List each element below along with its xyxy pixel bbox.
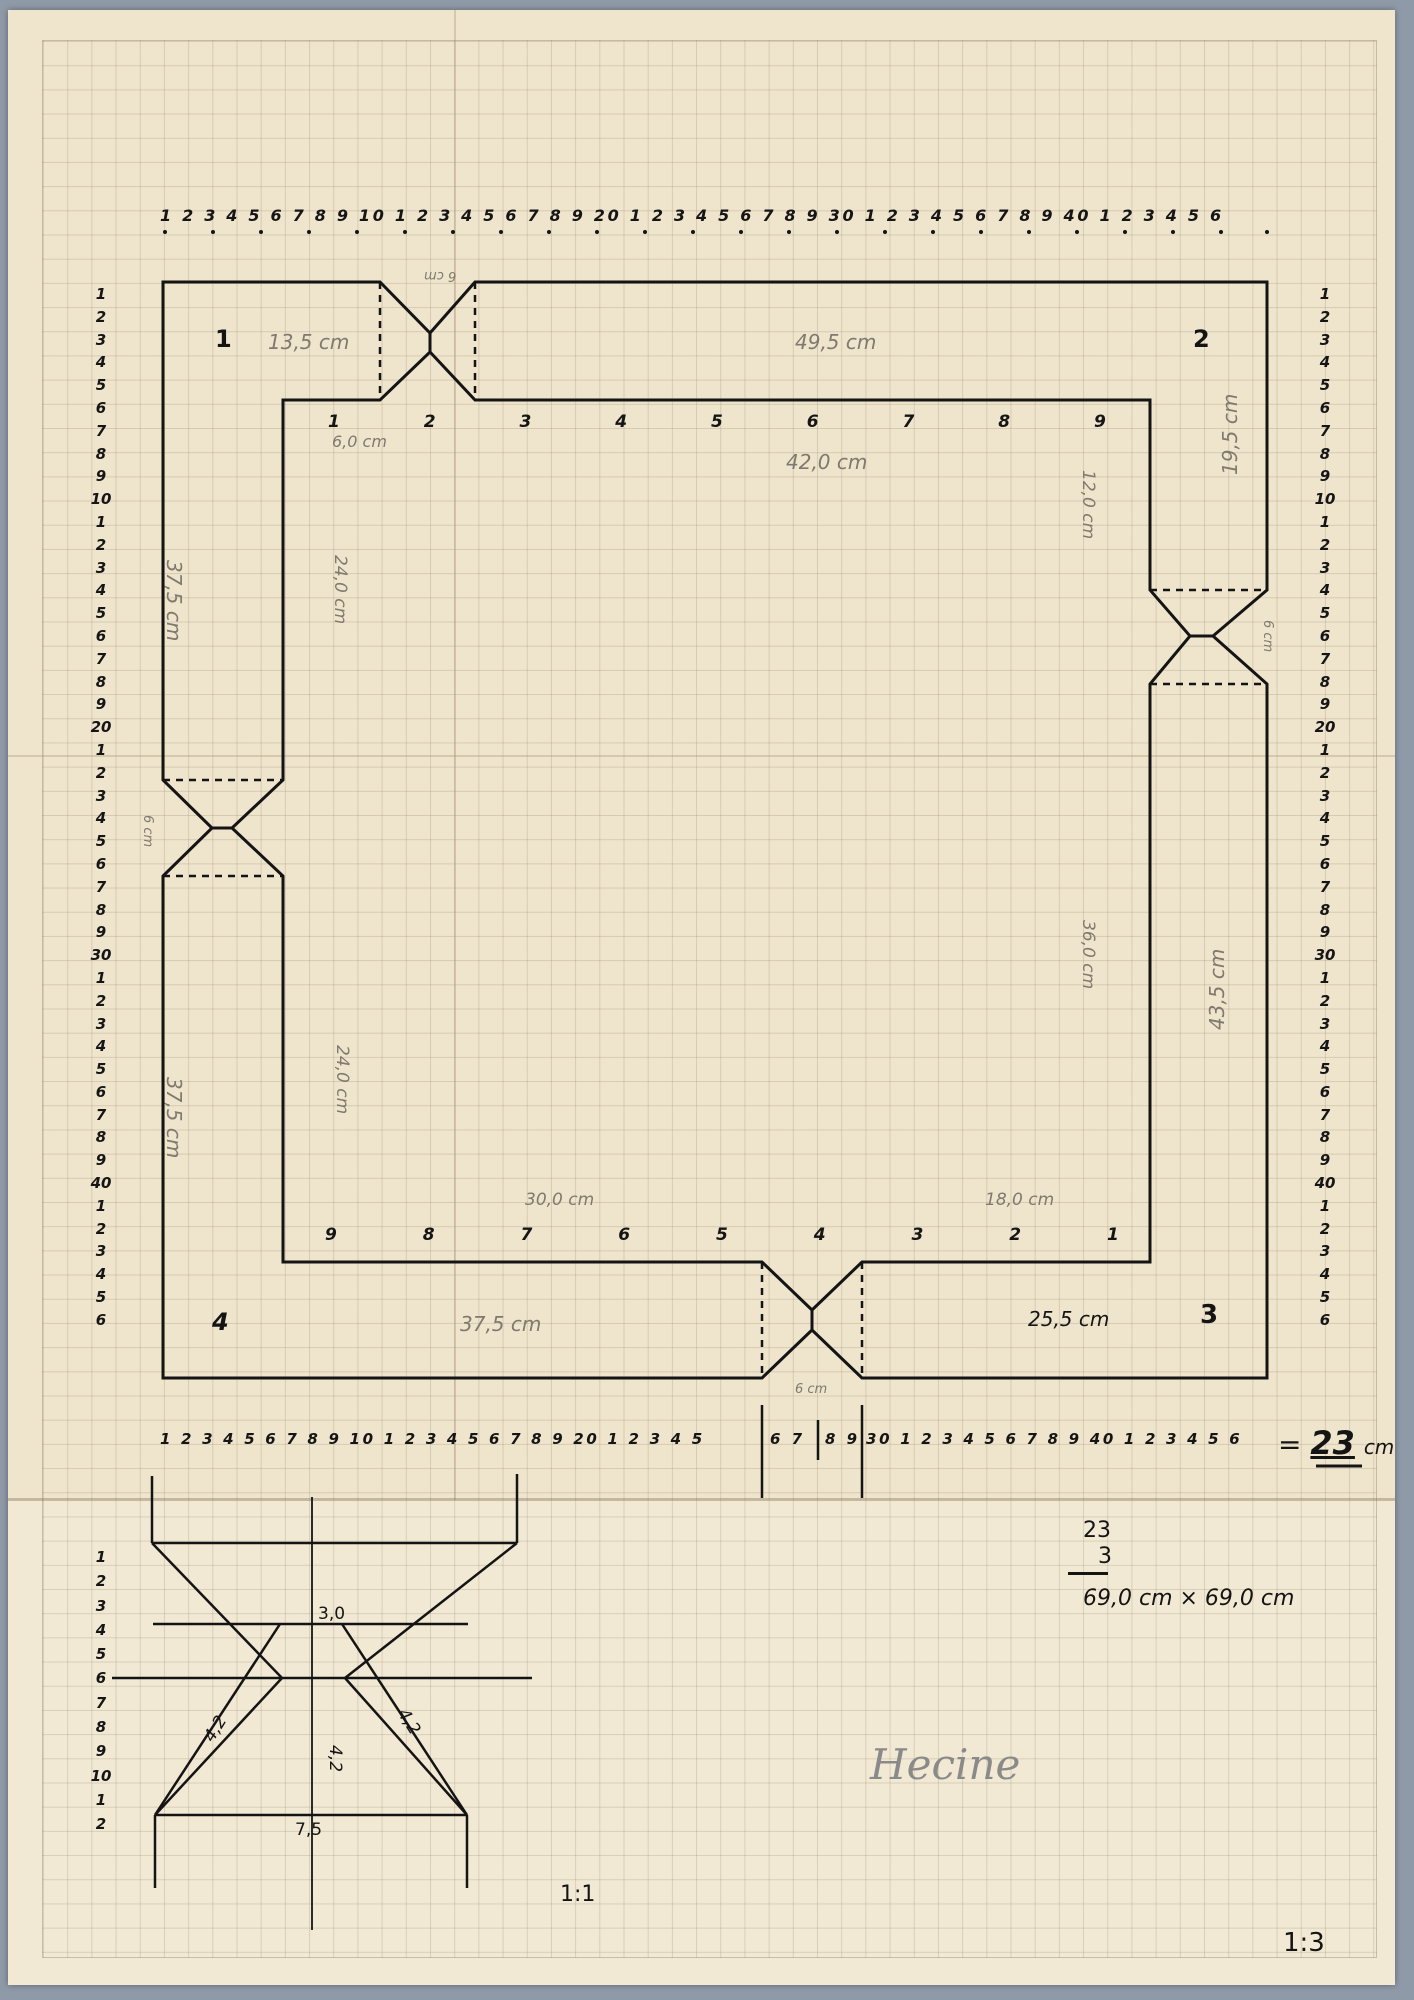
inner-right-upper: 12,0 cm — [1078, 470, 1098, 539]
piece-number-1: 1 — [215, 325, 232, 353]
ruler-tick: 9 — [86, 465, 116, 488]
piece-number-2: 2 — [1193, 325, 1210, 353]
ruler-tick: 1 — [1310, 283, 1340, 306]
ruler-tick: 1 — [86, 1195, 116, 1218]
ruler-tick: 2 — [1310, 534, 1340, 557]
ruler-tick: 8 — [86, 671, 116, 694]
ruler-tick: 5 — [86, 1642, 116, 1666]
ruler-tick: 7 — [1310, 1104, 1340, 1127]
inner-left-upper: 24,0 cm — [330, 555, 350, 624]
detail-scale: 1:1 — [560, 1882, 595, 1907]
ruler-tick: 4 — [1310, 579, 1340, 602]
ruler-tick: 4 — [1310, 351, 1340, 374]
ruler-tick: 6 — [1310, 625, 1340, 648]
piece-2-length: 49,5 cm — [795, 330, 876, 354]
ruler-tick: 8 — [86, 1126, 116, 1149]
ruler-tick: 6 — [86, 853, 116, 876]
ruler-tick: 4 — [86, 579, 116, 602]
ruler-tick: 5 — [1310, 374, 1340, 397]
ruler-tick: 5 — [1310, 1058, 1340, 1081]
ruler-tick: 5 — [86, 1058, 116, 1081]
top-ruler: 1 2 3 4 5 6 7 8 9 10 1 2 3 4 5 6 7 8 9 2… — [160, 206, 1224, 225]
ruler-tick: 8 — [1310, 671, 1340, 694]
left-ruler: 1234567891012345678920123456789301234567… — [86, 283, 116, 1332]
ruler-tick: 1 — [1310, 1195, 1340, 1218]
inner-left-lower: 24,0 cm — [332, 1045, 352, 1114]
ruler-tick: 1 — [1310, 739, 1340, 762]
ruler-tick: 5 — [1310, 602, 1340, 625]
ruler-tick: 6 — [1310, 853, 1340, 876]
ruler-tick: 3 — [1310, 557, 1340, 580]
ruler-tick: 2 — [1310, 306, 1340, 329]
bottom-ruler-right: 30 1 2 3 4 5 6 7 8 9 40 1 2 3 4 5 6 — [866, 1430, 1242, 1448]
detail-height: 4,2 — [325, 1745, 345, 1772]
ruler-tick: 3 — [86, 785, 116, 808]
ruler-tick: 1 — [86, 1545, 116, 1569]
ruler-tick: 1 — [86, 511, 116, 534]
left-lower-length: 37,5 cm — [162, 1077, 186, 1158]
ruler-tick: 2 — [1310, 990, 1340, 1013]
ruler-tick: 4 — [86, 1618, 116, 1642]
ruler-tick: 6 — [1310, 397, 1340, 420]
ruler-tick: 1 — [86, 1788, 116, 1812]
ruler-tick: 5 — [1310, 830, 1340, 853]
right-connector-label: 6 cm — [1260, 620, 1275, 652]
ruler-tick: 3 — [1310, 329, 1340, 352]
ruler-tick: 6 — [1310, 1081, 1340, 1104]
main-scale: 1:3 — [1283, 1928, 1325, 1958]
ruler-tick: 1 — [86, 967, 116, 990]
ruler-tick: 40 — [86, 1172, 116, 1195]
ruler-tick: 1 — [86, 283, 116, 306]
inner-outline — [232, 352, 1190, 1310]
ruler-tick: 10 — [1310, 488, 1340, 511]
ruler-tick: 3 — [86, 1594, 116, 1618]
ruler-tick: 6 — [86, 1666, 116, 1690]
calc-multiplier: 3 — [1098, 1544, 1112, 1569]
ruler-tick: 6 — [86, 1309, 116, 1332]
right-ruler: 1234567891012345678920123456789301234567… — [1310, 283, 1340, 1332]
ruler-tick: 6 — [1310, 1309, 1340, 1332]
ruler-tick: 7 — [86, 1104, 116, 1127]
ruler-tick: 9 — [86, 1149, 116, 1172]
left-upper-length: 37,5 cm — [162, 560, 186, 641]
ruler-tick: 4 — [86, 351, 116, 374]
ruler-tick: 5 — [86, 1286, 116, 1309]
ruler-tick: 5 — [86, 374, 116, 397]
ruler-tick: 9 — [86, 693, 116, 716]
ruler-tick: 3 — [1310, 785, 1340, 808]
ruler-tick: 7 — [86, 420, 116, 443]
ruler-tick: 40 — [1310, 1172, 1340, 1195]
bottom-ruler-mid2: 8 9 — [825, 1430, 860, 1448]
calc-multiplicand: 23 — [1083, 1518, 1111, 1543]
ruler-tick: 4 — [86, 1263, 116, 1286]
calc-result: 69,0 cm × 69,0 cm — [1083, 1586, 1294, 1611]
ruler-tick: 3 — [86, 329, 116, 352]
ruler-tick: 3 — [1310, 1013, 1340, 1036]
ruler-tick: 10 — [86, 488, 116, 511]
ruler-tick: 2 — [86, 1569, 116, 1593]
ruler-tick: 9 — [1310, 1149, 1340, 1172]
ruler-tick: 8 — [86, 443, 116, 466]
ruler-tick: 7 — [86, 648, 116, 671]
ruler-tick: 8 — [1310, 443, 1340, 466]
ruler-tick: 4 — [86, 807, 116, 830]
ruler-tick: 9 — [1310, 465, 1340, 488]
ruler-tick: 7 — [1310, 648, 1340, 671]
inner-right-lower: 36,0 cm — [1078, 920, 1098, 989]
ruler-tick: 1 — [86, 739, 116, 762]
ruler-tick: 20 — [86, 716, 116, 739]
ruler-tick: 10 — [86, 1764, 116, 1788]
ruler-tick: 2 — [86, 1218, 116, 1241]
detail-bottom-width: 7,5 — [295, 1820, 322, 1840]
piece-4-length: 37,5 cm — [460, 1312, 541, 1336]
ruler-tick: 7 — [86, 876, 116, 899]
signature: Hecine — [870, 1740, 1020, 1789]
ruler-tick: 8 — [86, 1715, 116, 1739]
right-lower-length: 43,5 cm — [1205, 949, 1229, 1030]
inner-top-left-segment: 6,0 cm — [332, 432, 387, 451]
ruler-tick: 2 — [86, 534, 116, 557]
ruler-tick: 5 — [86, 602, 116, 625]
ruler-tick: 7 — [1310, 876, 1340, 899]
ruler-tick: 7 — [1310, 420, 1340, 443]
ruler-tick: 4 — [1310, 807, 1340, 830]
piece-3-length: 25,5 cm — [1028, 1307, 1109, 1331]
bottom-ruler-left: 1 2 3 4 5 6 7 8 9 10 1 2 3 4 5 6 7 8 9 2… — [160, 1430, 705, 1448]
inner-top-total: 42,0 cm — [786, 450, 867, 474]
ruler-tick: 8 — [86, 899, 116, 922]
ruler-tick: 4 — [86, 1035, 116, 1058]
ruler-tick: 30 — [86, 944, 116, 967]
ruler-tick: 3 — [86, 1240, 116, 1263]
ruler-tick: 1 — [1310, 511, 1340, 534]
ruler-tick: 8 — [1310, 1126, 1340, 1149]
piece-number-4: 4 — [212, 1308, 229, 1336]
ruler-tick: 6 — [86, 1081, 116, 1104]
ruler-tick: 1 — [1310, 967, 1340, 990]
ruler-tick: 2 — [86, 306, 116, 329]
ruler-tick: 3 — [86, 557, 116, 580]
bottom-ruler-mid: 6 7 — [770, 1430, 805, 1448]
ruler-tick: 8 — [1310, 899, 1340, 922]
detail-side-ruler: 1234567891012 — [86, 1545, 116, 1837]
ruler-tick: 6 — [86, 397, 116, 420]
ruler-tick: 5 — [86, 830, 116, 853]
ruler-tick: 7 — [86, 1691, 116, 1715]
bottom-connector-label: 6 cm — [795, 1382, 827, 1397]
frame-pattern-drawing — [0, 0, 1414, 2000]
ruler-tick: 2 — [1310, 762, 1340, 785]
top-connector-label: 6 cm — [424, 268, 456, 283]
total-value: 23 — [1310, 1424, 1355, 1462]
right-upper-length: 19,5 cm — [1218, 394, 1242, 475]
ruler-tick: 3 — [1310, 1240, 1340, 1263]
ruler-tick: 9 — [1310, 693, 1340, 716]
connector-detail-drawing — [112, 1474, 532, 1930]
left-connector-label: 6 cm — [140, 815, 155, 847]
ruler-tick: 9 — [1310, 921, 1340, 944]
inner-bottom-ticks: 9 8 7 6 5 4 3 2 1 — [325, 1225, 1119, 1245]
ruler-tick: 3 — [86, 1013, 116, 1036]
piece-1-length: 13,5 cm — [268, 330, 349, 354]
ruler-tick: 30 — [1310, 944, 1340, 967]
outer-outline — [163, 282, 1267, 1378]
ruler-tick: 4 — [1310, 1263, 1340, 1286]
detail-top-width: 3,0 — [318, 1604, 345, 1624]
inner-bottom-right: 18,0 cm — [985, 1190, 1054, 1210]
ruler-tick: 4 — [1310, 1035, 1340, 1058]
bottom-ruler-total: = 23 cm — [1278, 1424, 1394, 1462]
ruler-tick: 6 — [86, 625, 116, 648]
calc-rule — [1068, 1572, 1108, 1575]
ruler-tick: 5 — [1310, 1286, 1340, 1309]
ruler-tick: 9 — [86, 1739, 116, 1763]
inner-top-ticks: 1 2 3 4 5 6 7 8 9 — [328, 412, 1106, 432]
ruler-tick: 2 — [86, 1812, 116, 1836]
ruler-tick: 20 — [1310, 716, 1340, 739]
ruler-tick: 9 — [86, 921, 116, 944]
ruler-tick: 2 — [1310, 1218, 1340, 1241]
total-unit: cm — [1364, 1435, 1394, 1459]
piece-number-3: 3 — [1200, 1300, 1218, 1330]
ruler-tick: 2 — [86, 762, 116, 785]
inner-bottom-left: 30,0 cm — [525, 1190, 594, 1210]
ruler-tick: 2 — [86, 990, 116, 1013]
